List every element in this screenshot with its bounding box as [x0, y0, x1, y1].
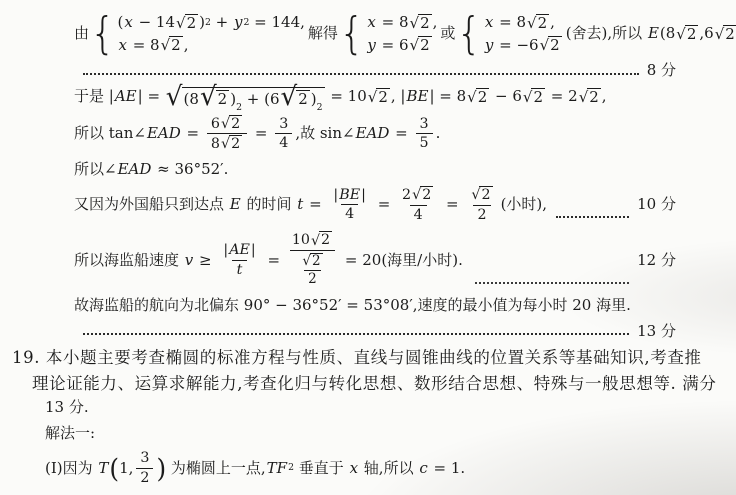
text-run: |	[361, 187, 366, 204]
math-variable: AE	[114, 87, 138, 107]
text-run: 6	[211, 116, 220, 133]
fraction: 6√28√2	[207, 114, 247, 154]
text-run: 垂直于	[294, 459, 349, 479]
denominator: t	[232, 260, 248, 280]
text-run: ,	[433, 13, 438, 33]
sqrt-radical: √2	[302, 253, 322, 270]
equation-system: {x = 8√2,y = −6√2	[456, 13, 562, 55]
item19-score-line: 13 分.	[0, 398, 736, 418]
radicand: 2	[685, 25, 699, 43]
text-run: (小时),	[501, 195, 547, 215]
fraction: 2√24	[398, 185, 438, 224]
text-run: 为椭圆上一点,	[166, 459, 266, 479]
fraction: √22	[297, 252, 327, 290]
denominator: 5	[416, 133, 433, 153]
radicand: 2	[418, 14, 432, 32]
denominator: 4	[410, 205, 427, 225]
text-run: (8	[184, 91, 199, 108]
sqrt-symbol-icon: √	[412, 188, 421, 202]
fraction: |AE|t	[219, 241, 259, 280]
sqrt-radical: √2	[221, 135, 242, 152]
radicand: 2	[587, 88, 601, 106]
system-row: x = 8√2,	[484, 13, 563, 33]
text-run: = 2	[546, 87, 578, 107]
text-run: 2	[402, 187, 411, 204]
sqrt-symbol-icon: √	[281, 87, 298, 107]
fraction: 32	[136, 449, 153, 488]
math-variable: BE	[405, 87, 429, 107]
sqrt-radical: √2	[410, 36, 432, 54]
equation-system: {x = 8√2,y = 6√2	[339, 13, 437, 55]
text-run: 2	[550, 37, 560, 54]
sqrt-radical: √(8√2)2 + (6√2)2	[166, 87, 325, 108]
numerator: |BE|	[329, 186, 370, 205]
text-run: = 8	[128, 36, 160, 56]
numerator: 10√2	[288, 230, 337, 249]
radicand: 2	[229, 115, 242, 132]
equation-system: {(x − 14√2)2 + y2 = 144,x = 8√2,	[90, 13, 305, 55]
text-run: 3	[420, 116, 429, 133]
tan-sin-ead-line: 所以 tan∠EAD = 6√28√2 = 34,故 sin∠EAD = 35.	[0, 114, 736, 154]
text-run: = −6	[494, 36, 538, 56]
text-run: ≥	[194, 251, 216, 271]
sqrt-radical: √2	[221, 115, 242, 132]
solve-system-line: 由{(x − 14√2)2 + y2 = 144,x = 8√2,解得{x = …	[0, 13, 736, 55]
radicand: 2	[229, 135, 242, 152]
item19-cont-line: 理论证能力、运算求解能力,考查化归与转化思想、数形结合思想、特殊与一般思想等. …	[0, 373, 736, 394]
radicand: 2	[476, 88, 490, 106]
radicand: 2	[479, 186, 492, 203]
math-variable: EAD	[355, 124, 391, 144]
radicand: 2	[536, 14, 550, 32]
text-run: 13 分.	[45, 398, 89, 418]
system-row: x = 8√2,	[117, 36, 304, 56]
text-run: 解得	[308, 24, 338, 44]
sqrt-radical: √2	[412, 186, 433, 203]
sqrt-symbol-icon: √	[410, 38, 420, 53]
sqrt-symbol-icon: √	[311, 234, 320, 248]
denominator: 2	[473, 205, 490, 225]
text-run: 2	[231, 136, 240, 152]
radicand: 2	[185, 14, 199, 32]
numerator: |AE|	[219, 241, 259, 260]
ae-be-length-line: 于是 |AE| = √(8√2)2 + (6√2)2 = 10√2, |BE| …	[0, 87, 736, 108]
math-variable: EAD	[146, 124, 182, 144]
text-run: ,	[602, 87, 607, 107]
system-row: x = 8√2,	[366, 13, 437, 33]
sqrt-radical: √2	[527, 14, 549, 32]
math-variable: T	[97, 459, 109, 479]
denominator: √22	[290, 250, 334, 291]
numerator: 3	[136, 449, 153, 468]
system-row: (x − 14√2)2 + y2 = 144,	[117, 13, 304, 33]
math-variable: x	[366, 13, 376, 33]
denominator: 4	[341, 204, 358, 224]
score-label: 8 分	[647, 61, 676, 81]
sqrt-symbol-icon: √	[200, 87, 217, 107]
system-rows: x = 8√2,y = 6√2	[366, 13, 437, 55]
text-run: 5	[420, 135, 429, 152]
text-run: 2	[378, 89, 388, 106]
system-row: y = 6√2	[366, 36, 437, 56]
text-run: 2	[725, 26, 735, 43]
sqrt-symbol-icon: √	[161, 38, 171, 53]
text-run: 所以∠	[74, 160, 117, 180]
sqrt-symbol-icon: √	[715, 27, 725, 42]
math-variable: x	[484, 13, 494, 33]
math-variable: y	[233, 13, 243, 33]
text-run: )	[311, 91, 317, 108]
text-run: =	[390, 124, 412, 144]
sqrt-radical: √2	[410, 14, 432, 32]
text-run: 2	[538, 15, 548, 32]
score-13-line: 13 分	[0, 322, 736, 342]
sqrt-radical: √2	[161, 36, 183, 54]
text-run: − 14	[134, 13, 175, 33]
score-label: 10 分	[637, 195, 676, 215]
numerator: 3	[275, 115, 292, 134]
text-run: = 6	[377, 36, 409, 56]
solution1-label-line: 解法一:	[0, 424, 736, 444]
text-run: 2	[422, 187, 431, 203]
radicand: 2	[376, 88, 390, 106]
text-run: = 8	[377, 13, 409, 33]
text-run: ,故 sin∠	[295, 124, 354, 144]
sqrt-radical: √2	[311, 231, 332, 248]
text-run: 的时间	[242, 195, 297, 215]
text-run: =	[250, 124, 272, 144]
text-run: , |	[391, 87, 406, 107]
math-variable: x	[349, 459, 359, 479]
numerator: √2	[466, 185, 497, 204]
sqrt-radical: √2	[579, 88, 601, 106]
text-run: 2	[481, 187, 490, 203]
math-variable: y	[366, 36, 376, 56]
sqrt-radical: √2	[176, 14, 198, 32]
radicand: 2	[420, 186, 433, 203]
text-run: = 10	[326, 87, 367, 107]
big-paren: )	[156, 458, 166, 478]
sqrt-symbol-icon: √	[579, 90, 589, 105]
text-run: 所以海监船速度	[74, 251, 184, 271]
text-run: 2	[187, 15, 197, 32]
sqrt-symbol-icon: √	[676, 27, 686, 42]
text-run: = 1.	[429, 459, 465, 479]
radicand: 2	[296, 90, 310, 108]
speed-v-line: 所以海监船速度 v ≥ |AE|t = 10√2√22 = 20(海里/小时).…	[0, 230, 736, 290]
text-run: 2	[218, 91, 228, 108]
part1-c-equals-1-line: (Ⅰ)因为 T(1,32) 为椭圆上一点,TF2 垂直于 x 轴,所以 c = …	[0, 449, 736, 488]
math-variable: BE	[338, 187, 361, 204]
text-run: (舍去),所以	[566, 24, 647, 44]
sqrt-radical: √2	[281, 88, 310, 108]
document-body: 由{(x − 14√2)2 + y2 = 144,x = 8√2,解得{x = …	[0, 13, 736, 488]
radicand: (8√2)2 + (6√2)2	[182, 87, 325, 108]
text-run: 4	[414, 207, 423, 224]
radicand: 2	[169, 36, 183, 54]
radicand: 2	[548, 36, 562, 54]
sqrt-radical: √2	[676, 25, 698, 43]
sqrt-radical: √2	[368, 88, 390, 106]
text-run: ,6	[699, 24, 713, 44]
math-variable: c	[418, 459, 428, 479]
text-run: 或	[440, 24, 455, 44]
text-run: | = 8	[429, 87, 466, 107]
denominator: 2	[136, 468, 153, 488]
text-run: 2	[321, 232, 330, 248]
math-variable: EAD	[117, 160, 153, 180]
text-run: 19. 本小题主要考查椭圆的标准方程与性质、直线与圆锥曲线的位置关系等基础知识,…	[12, 347, 702, 368]
sqrt-symbol-icon: √	[467, 90, 477, 105]
text-run: 2	[420, 15, 430, 32]
text-run: (8	[660, 24, 675, 44]
denominator: 4	[275, 133, 292, 153]
text-run: =	[441, 195, 463, 215]
sqrt-radical: √2	[715, 25, 736, 43]
math-variable: v	[184, 251, 194, 271]
text-run: |	[251, 242, 256, 259]
sqrt-symbol-icon: √	[221, 117, 230, 131]
math-variable: x	[117, 36, 127, 56]
sqrt-symbol-icon: √	[410, 16, 420, 31]
big-paren: (	[109, 458, 119, 478]
text-run: 2	[140, 470, 149, 487]
numerator: 2√2	[398, 185, 438, 204]
score-label: 12 分	[637, 251, 676, 271]
text-run: + (6	[242, 91, 280, 108]
text-run: 8	[211, 136, 220, 153]
text-run: =	[182, 124, 204, 144]
text-run: 2	[687, 26, 697, 43]
text-run: =	[304, 195, 326, 215]
text-run: 由	[74, 24, 89, 44]
fraction: 35	[416, 115, 433, 154]
text-run: 所以 tan∠	[74, 124, 146, 144]
text-run: − 6	[490, 87, 522, 107]
sqrt-symbol-icon: √	[523, 90, 533, 105]
text-run: 1,	[119, 459, 133, 479]
brace-icon: {	[456, 15, 481, 54]
text-run: ,	[550, 13, 555, 33]
brace-icon: {	[339, 15, 364, 54]
math-variable: t	[236, 262, 244, 279]
angle-ead-line: 所以∠EAD ≈ 36°52′.	[0, 160, 736, 180]
item19-first-line: 19. 本小题主要考查椭圆的标准方程与性质、直线与圆锥曲线的位置关系等基础知识,…	[0, 347, 736, 368]
text-run: +	[211, 13, 233, 33]
score-label: 13 分	[637, 322, 676, 342]
sqrt-radical: √2	[540, 36, 562, 54]
fraction: 34	[275, 115, 292, 154]
sqrt-radical: √2	[200, 88, 229, 108]
text-run: | =	[138, 87, 165, 107]
math-variable: TF	[266, 459, 288, 479]
text-run: =	[263, 251, 285, 271]
text-run: = 20(海里/小时).	[340, 251, 463, 271]
numerator: 3	[416, 115, 433, 134]
system-rows: (x − 14√2)2 + y2 = 144,x = 8√2,	[117, 13, 304, 55]
sqrt-symbol-icon: √	[368, 90, 378, 105]
text-run: 于是 |	[74, 87, 114, 107]
system-row: y = −6√2	[484, 36, 563, 56]
math-variable: E	[229, 195, 242, 215]
sqrt-radical: √2	[471, 186, 492, 203]
system-rows: x = 8√2,y = −6√2	[484, 13, 563, 55]
numerator: 6√2	[207, 114, 247, 133]
denominator: 8√2	[207, 133, 247, 153]
text-run: 4	[279, 135, 288, 152]
sqrt-symbol-icon: √	[471, 188, 480, 202]
fraction: |BE|4	[329, 186, 370, 225]
text-run: 2	[533, 89, 543, 106]
heading-conclusion-line: 故海监船的航向为北偏东 90° − 36°52′ = 53°08′,速度的最小值…	[0, 296, 736, 316]
text-run: 4	[345, 206, 354, 223]
text-run: 3	[140, 450, 149, 467]
text-run: = 8	[494, 13, 526, 33]
text-run: .	[436, 124, 441, 144]
fraction: √22	[466, 185, 497, 224]
dotted-leader	[475, 282, 629, 284]
text-run: = 144,	[249, 13, 305, 33]
text-run: ≈ 36°52′.	[152, 160, 228, 180]
numerator: √2	[297, 252, 327, 271]
text-run: 2	[420, 37, 430, 54]
radicand: 2	[723, 25, 736, 43]
text-run: 3	[279, 116, 288, 133]
radicand: 2	[216, 90, 230, 108]
sqrt-symbol-icon: √	[302, 255, 311, 269]
scanned-answer-page: 由{(x − 14√2)2 + y2 = 144,x = 8√2,解得{x = …	[0, 0, 736, 495]
radicand: 2	[531, 88, 545, 106]
text-run: 又因为外国船只到达点	[74, 195, 229, 215]
sqrt-radical: √2	[467, 88, 489, 106]
math-variable: x	[123, 13, 133, 33]
text-run: 故海监船的航向为北偏东 90° − 36°52′ = 53°08′,速度的最小值…	[74, 296, 631, 316]
text-run: 解法一:	[45, 424, 95, 444]
sqrt-symbol-icon: √	[176, 16, 186, 31]
math-variable: t	[296, 195, 304, 215]
denominator: 2	[304, 270, 321, 289]
text-run: 2	[477, 207, 486, 224]
sqrt-symbol-icon: √	[527, 16, 537, 31]
sqrt-symbol-icon: √	[540, 38, 550, 53]
time-t-line: 又因为外国船只到达点 E 的时间 t = |BE|4 = 2√24 = √22(…	[0, 185, 736, 224]
text-run: =	[373, 195, 395, 215]
text-run: 理论证能力、运算求解能力,考查化归与转化思想、数形结合思想、特殊与一般思想等. …	[32, 373, 716, 394]
sqrt-symbol-icon: √	[221, 137, 230, 151]
math-variable: y	[484, 36, 494, 56]
text-run: ,	[184, 36, 189, 56]
text-run: 2	[308, 272, 317, 288]
text-run: 2	[312, 254, 321, 270]
dotted-leader	[83, 73, 639, 75]
radicand: 2	[310, 253, 323, 270]
score-8-line: 8 分	[0, 61, 736, 81]
sqrt-radical: √2	[523, 88, 545, 106]
text-run: 2	[589, 89, 599, 106]
text-run: 轴,所以	[359, 459, 418, 479]
text-run: 10	[292, 232, 310, 249]
text-run: 2	[231, 116, 240, 132]
dotted-leader	[83, 333, 629, 335]
text-run: 2	[171, 37, 181, 54]
text-run: 2	[298, 91, 308, 108]
text-run: (Ⅰ)因为	[45, 459, 97, 479]
text-run: 2	[478, 89, 488, 106]
dotted-leader	[556, 216, 629, 218]
brace-icon: {	[90, 15, 115, 54]
fraction: 10√2√22	[288, 230, 337, 290]
radicand: 2	[418, 36, 432, 54]
math-variable: AE	[228, 242, 251, 259]
math-variable: E	[647, 24, 660, 44]
radicand: 2	[319, 231, 332, 248]
sqrt-symbol-icon: √	[166, 87, 183, 107]
